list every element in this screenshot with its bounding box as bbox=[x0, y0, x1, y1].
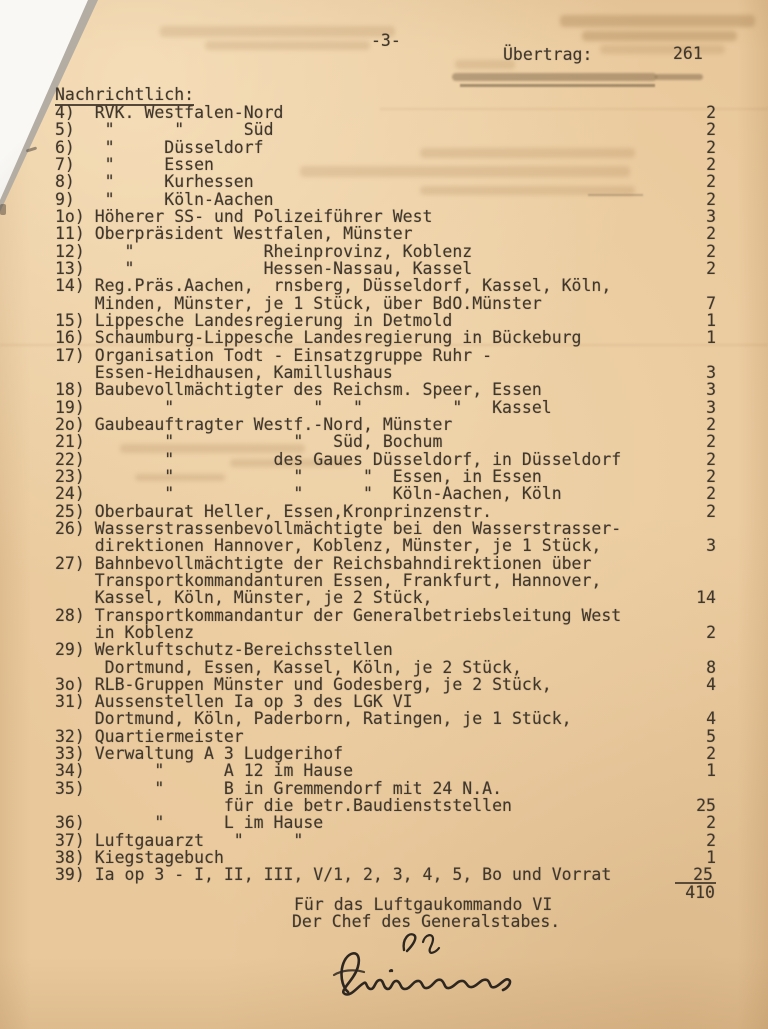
list-line: 22) " des Gaues Düsseldorf, in Düsseldor… bbox=[55, 451, 716, 468]
bleed-through-smudge bbox=[582, 31, 737, 41]
document-page: -3- Übertrag: 261 Nachrichtlich: 4) RVK.… bbox=[0, 0, 768, 1029]
list-line-count: 1 bbox=[694, 849, 716, 866]
list-line: 7) " Essen2 bbox=[55, 156, 716, 173]
list-line-text: 6) " Düsseldorf bbox=[55, 139, 264, 156]
list-line: 6) " Düsseldorf2 bbox=[55, 139, 716, 156]
list-line-text: 14) Reg.Präs.Aachen, rnsberg, Düsseldorf… bbox=[55, 277, 611, 294]
bleed-through-smudge bbox=[600, 45, 725, 54]
bleed-through-smudge bbox=[452, 73, 657, 81]
list-line-text: 37) Luftgauarzt " " bbox=[55, 832, 303, 849]
list-line: für die betr.Baudienststellen25 bbox=[55, 797, 716, 814]
list-line-count: 2 bbox=[694, 745, 716, 762]
list-line: 11) Oberpräsident Westfalen, Münster2 bbox=[55, 225, 716, 242]
list-line-text: 29) Werkluftschutz-Bereichsstellen bbox=[55, 641, 393, 658]
list-line: direktionen Hannover, Koblenz, Münster, … bbox=[55, 537, 716, 554]
list-line: 12) " Rheinprovinz, Koblenz2 bbox=[55, 243, 716, 260]
list-line-count: 3 bbox=[694, 399, 716, 416]
list-line-text: 15) Lippesche Landesregierung in Detmold bbox=[55, 312, 452, 329]
list-line-count: 8 bbox=[694, 659, 716, 676]
list-line-text: 27) Bahnbevollmächtigte der Reichsbahndi… bbox=[55, 555, 591, 572]
list-line-text: 2o) Gaubeauftragter Westf.-Nord, Münster bbox=[55, 416, 452, 433]
list-line-count: 5 bbox=[694, 728, 716, 745]
list-line: 27) Bahnbevollmächtigte der Reichsbahndi… bbox=[55, 555, 716, 572]
list-line-count: 4 bbox=[694, 676, 716, 693]
list-line-text: 39) Ia op 3 - I, II, III, V/1, 2, 3, 4, … bbox=[55, 866, 611, 883]
section-heading: Nachrichtlich: bbox=[55, 86, 194, 103]
list-line: Essen-Heidhausen, Kamillushaus3 bbox=[55, 364, 716, 381]
list-line-count: 25 bbox=[694, 797, 716, 814]
list-line-count: 14 bbox=[694, 589, 716, 606]
list-line-count: 2 bbox=[694, 433, 716, 450]
list-line-count: 1 bbox=[694, 329, 716, 346]
list-line: Minden, Münster, je 1 Stück, über BdO.Mü… bbox=[55, 295, 716, 312]
list-line: 3o) RLB-Gruppen Münster und Godesberg, j… bbox=[55, 676, 716, 693]
list-line-text: 33) Verwaltung A 3 Ludgerihof bbox=[55, 745, 343, 762]
list-line: 1o) Höherer SS- und Polizeiführer West3 bbox=[55, 208, 716, 225]
list-line-count: 1 bbox=[694, 762, 716, 779]
list-line-count: 3 bbox=[694, 381, 716, 398]
list-line-count: 2 bbox=[694, 832, 716, 849]
list-line-text: 35) " B in Gremmendorf mit 24 N.A. bbox=[55, 780, 502, 797]
closing-line-2: Der Chef des Generalstabes. bbox=[292, 913, 560, 930]
total-value: 410 bbox=[685, 884, 716, 901]
list-line: 19) " " " " Kassel3 bbox=[55, 399, 716, 416]
list-line-count: 3 bbox=[694, 208, 716, 225]
list-line-text: 36) " L im Hause bbox=[55, 814, 323, 831]
list-line: 23) " " " Essen, in Essen2 bbox=[55, 468, 716, 485]
list-line-count: 2 bbox=[694, 173, 716, 190]
list-line: 39) Ia op 3 - I, II, III, V/1, 2, 3, 4, … bbox=[55, 866, 716, 883]
list-line-text: 5) " " Süd bbox=[55, 121, 274, 138]
list-line-count: 2 bbox=[694, 624, 716, 641]
list-line-text: 8) " Kurhessen bbox=[55, 173, 254, 190]
list-line: Kassel, Köln, Münster, je 2 Stück,14 bbox=[55, 589, 716, 606]
list-line-count: 2 bbox=[694, 260, 716, 277]
closing-line-1: Für das Luftgaukommando VI bbox=[294, 896, 552, 913]
list-line-text: 4) RVK. Westfalen-Nord bbox=[55, 104, 283, 121]
list-line-text: 26) Wasserstrassenbevollmächtigte bei de… bbox=[55, 520, 621, 537]
list-line: 21) " " Süd, Bochum2 bbox=[55, 433, 716, 450]
list-line-text: 28) Transportkommandantur der Generalbet… bbox=[55, 607, 621, 624]
list-line-text: 1o) Höherer SS- und Polizeiführer West bbox=[55, 208, 433, 225]
list-line-count: 2 bbox=[694, 104, 716, 121]
list-line-count: 2 bbox=[694, 225, 716, 242]
list-line-text: direktionen Hannover, Koblenz, Münster, … bbox=[55, 537, 601, 554]
list-line-text: 32) Quartiermeister bbox=[55, 728, 244, 745]
list-line-text: Essen-Heidhausen, Kamillushaus bbox=[55, 364, 393, 381]
list-line-text: in Koblenz bbox=[55, 624, 194, 641]
list-line-text: 25) Oberbaurat Heller, Essen,Kronprinzen… bbox=[55, 503, 492, 520]
list-line-count: 1 bbox=[694, 312, 716, 329]
bleed-through-smudge bbox=[160, 26, 395, 37]
list-line-count: 25 bbox=[675, 866, 716, 883]
list-line: 13) " Hessen-Nassau, Kassel2 bbox=[55, 260, 716, 277]
list-line-count: 3 bbox=[694, 537, 716, 554]
list-line: 35) " B in Gremmendorf mit 24 N.A. bbox=[55, 780, 716, 797]
bleed-through-smudge bbox=[205, 41, 370, 50]
list-line-text: 18) Baubevollmächtigter des Reichsm. Spe… bbox=[55, 381, 542, 398]
list-line-text: 19) " " " " Kassel bbox=[55, 399, 552, 416]
list-line-count: 2 bbox=[694, 503, 716, 520]
handwritten-signature bbox=[332, 947, 522, 1003]
list-line: 26) Wasserstrassenbevollmächtigte bei de… bbox=[55, 520, 716, 537]
bleed-through-smudge bbox=[655, 74, 703, 80]
list-line-count: 2 bbox=[694, 451, 716, 468]
list-line: Dortmund, Köln, Paderborn, Ratingen, je … bbox=[55, 710, 716, 727]
list-line: 9) " Köln-Aachen2 bbox=[55, 191, 716, 208]
bleed-through-smudge bbox=[560, 15, 755, 27]
list-line: 15) Lippesche Landesregierung in Detmold… bbox=[55, 312, 716, 329]
list-line-count: 7 bbox=[694, 295, 716, 312]
list-line-count: 2 bbox=[694, 485, 716, 502]
list-line: 34) " A 12 im Hause1 bbox=[55, 762, 716, 779]
list-line: 5) " " Süd2 bbox=[55, 121, 716, 138]
list-line-count: 2 bbox=[694, 814, 716, 831]
page-number: -3- bbox=[371, 32, 401, 49]
list-line-text: 23) " " " Essen, in Essen bbox=[55, 468, 542, 485]
list-line: 14) Reg.Präs.Aachen, rnsberg, Düsseldorf… bbox=[55, 277, 716, 294]
list-line-text: 22) " des Gaues Düsseldorf, in Düsseldor… bbox=[55, 451, 621, 468]
list-line-count: 3 bbox=[694, 364, 716, 381]
list-line-count: 2 bbox=[694, 156, 716, 173]
list-line: 29) Werkluftschutz-Bereichsstellen bbox=[55, 641, 716, 658]
list-line-count: 2 bbox=[694, 191, 716, 208]
list-line: 36) " L im Hause2 bbox=[55, 814, 716, 831]
list-line: 2o) Gaubeauftragter Westf.-Nord, Münster… bbox=[55, 416, 716, 433]
list-line: 16) Schaumburg-Lippesche Landesregierung… bbox=[55, 329, 716, 346]
list-line-text: 9) " Köln-Aachen bbox=[55, 191, 274, 208]
list-line-text: Dortmund, Köln, Paderborn, Ratingen, je … bbox=[55, 710, 572, 727]
list-line-text: 13) " Hessen-Nassau, Kassel bbox=[55, 260, 472, 277]
list-line-text: 34) " A 12 im Hause bbox=[55, 762, 353, 779]
list-line-text: 31) Aussenstellen Ia op 3 des LGK VI bbox=[55, 693, 413, 710]
list-line-text: Transportkommandanturen Essen, Frankfurt… bbox=[55, 572, 601, 589]
list-line-text: 3o) RLB-Gruppen Münster und Godesberg, j… bbox=[55, 676, 552, 693]
list-line: 28) Transportkommandantur der Generalbet… bbox=[55, 607, 716, 624]
list-line: 37) Luftgauarzt " "2 bbox=[55, 832, 716, 849]
list-line-count: 2 bbox=[694, 121, 716, 138]
list-line-count: 2 bbox=[694, 468, 716, 485]
list-line: in Koblenz2 bbox=[55, 624, 716, 641]
distribution-list: 4) RVK. Westfalen-Nord25) " " Süd26) " D… bbox=[55, 104, 716, 901]
list-line: 32) Quartiermeister5 bbox=[55, 728, 716, 745]
list-line-text: 24) " " " Köln-Aachen, Köln bbox=[55, 485, 562, 502]
list-line-count: 2 bbox=[694, 243, 716, 260]
list-line-text: 12) " Rheinprovinz, Koblenz bbox=[55, 243, 472, 260]
carryover-label: Übertrag: bbox=[503, 46, 592, 63]
list-line: 4) RVK. Westfalen-Nord2 bbox=[55, 104, 716, 121]
bleed-through-rule bbox=[460, 84, 655, 87]
list-line: 33) Verwaltung A 3 Ludgerihof2 bbox=[55, 745, 716, 762]
list-line-text: 38) Kiegstagebuch bbox=[55, 849, 224, 866]
list-line: 17) Organisation Todt - Einsatzgruppe Ru… bbox=[55, 347, 716, 364]
list-line-text: 7) " Essen bbox=[55, 156, 214, 173]
list-line: Dortmund, Essen, Kassel, Köln, je 2 Stüc… bbox=[55, 659, 716, 676]
list-line-text: 21) " " Süd, Bochum bbox=[55, 433, 442, 450]
carryover-value: 261 bbox=[673, 45, 703, 62]
edge-speck bbox=[0, 204, 6, 215]
list-line: 24) " " " Köln-Aachen, Köln2 bbox=[55, 485, 716, 502]
list-line-count: 2 bbox=[694, 416, 716, 433]
list-line-text: für die betr.Baudienststellen bbox=[55, 797, 512, 814]
list-line-text: 17) Organisation Todt - Einsatzgruppe Ru… bbox=[55, 347, 492, 364]
list-line-count: 4 bbox=[694, 710, 716, 727]
list-line-text: 16) Schaumburg-Lippesche Landesregierung… bbox=[55, 329, 582, 346]
list-line: 25) Oberbaurat Heller, Essen,Kronprinzen… bbox=[55, 503, 716, 520]
list-line: 31) Aussenstellen Ia op 3 des LGK VI bbox=[55, 693, 716, 710]
list-line: 8) " Kurhessen2 bbox=[55, 173, 716, 190]
list-line: Transportkommandanturen Essen, Frankfurt… bbox=[55, 572, 716, 589]
list-line: 18) Baubevollmächtigter des Reichsm. Spe… bbox=[55, 381, 716, 398]
list-line-text: Minden, Münster, je 1 Stück, über BdO.Mü… bbox=[55, 295, 542, 312]
list-line-text: 11) Oberpräsident Westfalen, Münster bbox=[55, 225, 413, 242]
list-line-count: 2 bbox=[694, 139, 716, 156]
list-line: 38) Kiegstagebuch1 bbox=[55, 849, 716, 866]
list-line-text: Dortmund, Essen, Kassel, Köln, je 2 Stüc… bbox=[55, 659, 522, 676]
list-line-text: Kassel, Köln, Münster, je 2 Stück, bbox=[55, 589, 433, 606]
